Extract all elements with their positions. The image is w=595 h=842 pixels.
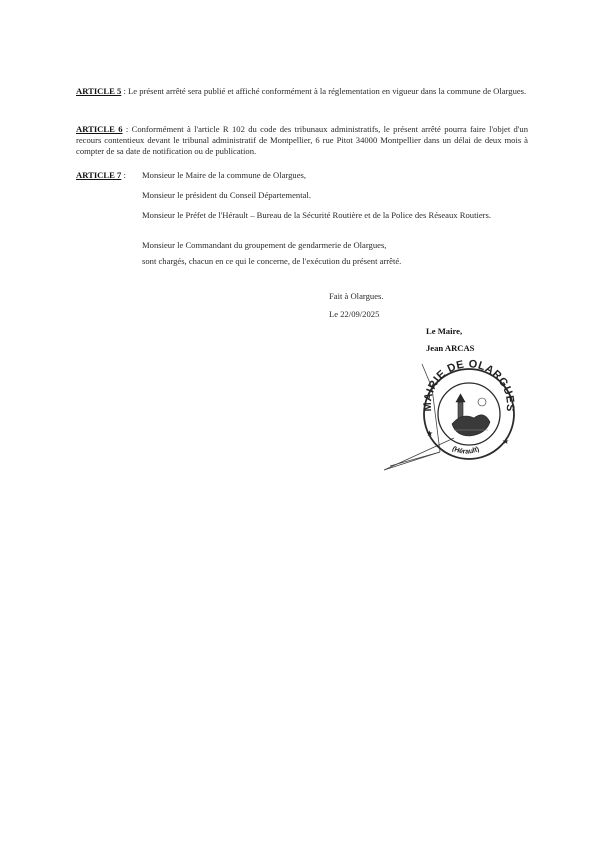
article-7-line-commandant: Monsieur le Commandant du groupement de … (142, 240, 528, 251)
article-6-label: ARTICLE 6 (76, 124, 123, 134)
svg-text:MAIRIE DE OLARGUES: MAIRIE DE OLARGUES (422, 358, 516, 412)
article-7-line-mayor: Monsieur le Maire de la commune de Olarg… (142, 170, 528, 181)
article-7-label: ARTICLE 7 (76, 170, 121, 180)
article-6: ARTICLE 6 : Conformément à l'article R 1… (76, 124, 528, 157)
signature-place: Fait à Olargues. (329, 291, 384, 302)
article-7-line-prefet: Monsieur le Préfet de l'Hérault – Bureau… (142, 210, 528, 221)
document-page: ARTICLE 5 : Le présent arrêté sera publi… (0, 0, 595, 842)
official-stamp: MAIRIE DE OLARGUES (Hérault) ★ ★ (370, 352, 530, 472)
article-7-label-suffix: : (121, 170, 126, 180)
svg-text:(Hérault): (Hérault) (451, 446, 481, 456)
article-6-text: : Conformément à l'article R 102 du code… (76, 124, 528, 156)
stamp-top-text: MAIRIE DE OLARGUES (422, 358, 516, 412)
article-5-text: : Le présent arrêté sera publié et affic… (121, 86, 526, 96)
article-5-label: ARTICLE 5 (76, 86, 121, 96)
article-5: ARTICLE 5 : Le présent arrêté sera publi… (76, 86, 528, 97)
article-7-heading: ARTICLE 7 : (76, 170, 126, 181)
stamp-star-right-icon: ★ (502, 437, 509, 446)
stamp-bottom-text: (Hérault) (451, 446, 481, 456)
signature-title: Le Maire, (426, 326, 462, 337)
signature-date: Le 22/09/2025 (329, 309, 379, 320)
article-7-line-charges: sont chargés, chacun en ce qui le concer… (142, 256, 528, 267)
article-7-line-president: Monsieur le président du Conseil Départe… (142, 190, 528, 201)
stamp-star-left-icon: ★ (426, 429, 433, 438)
coat-of-arms-icon (452, 394, 490, 436)
